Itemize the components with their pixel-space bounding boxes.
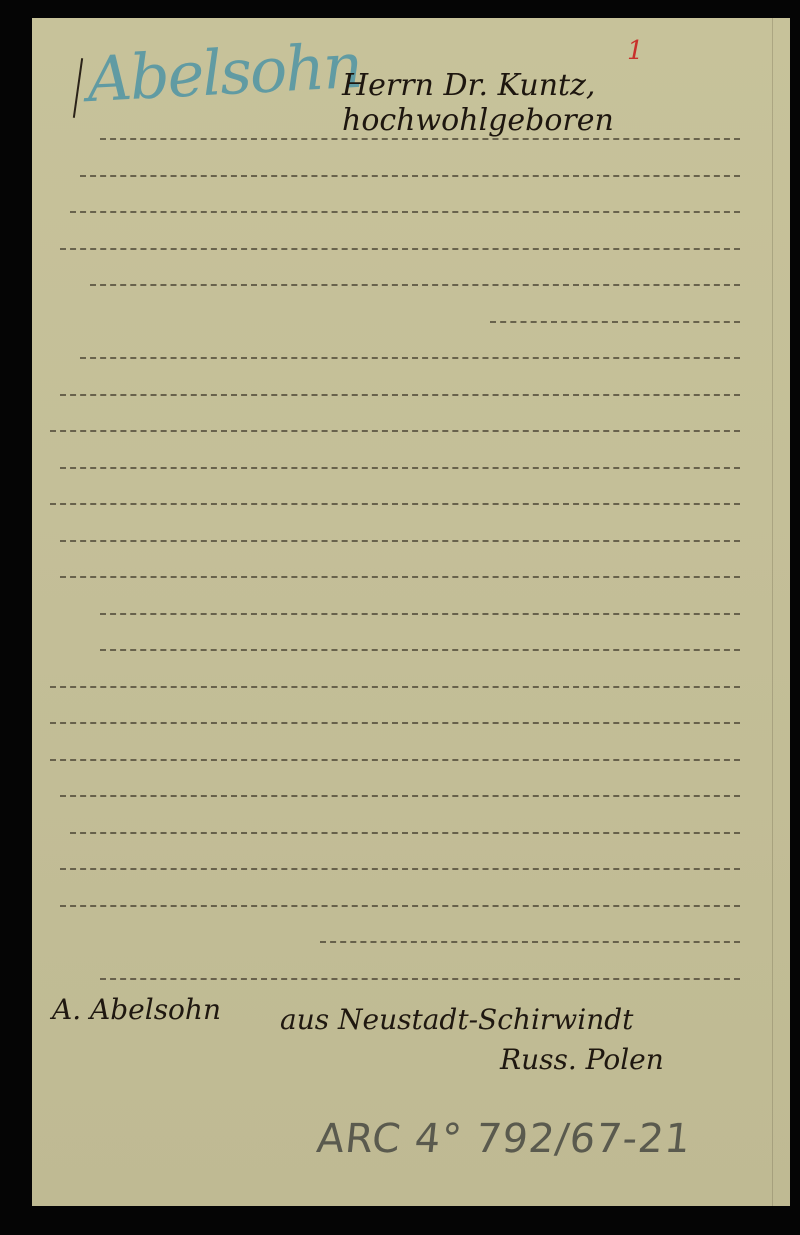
handwritten-line (80, 173, 740, 177)
handwritten-line (100, 976, 740, 980)
paper-fold (772, 18, 773, 1206)
handwritten-line (60, 866, 740, 870)
signature-place: aus Neustadt-Schirwindt (280, 1003, 633, 1036)
handwritten-line (80, 355, 740, 359)
handwritten-line (60, 392, 740, 396)
salutation: Herrn Dr. Kuntz, hochwohlgeboren (342, 68, 790, 138)
handwritten-line (100, 647, 740, 651)
handwritten-line (50, 720, 740, 724)
signature-region: Russ. Polen (500, 1043, 664, 1076)
handwritten-line (60, 574, 740, 578)
handwritten-line (490, 319, 740, 323)
handwritten-line (60, 465, 740, 469)
author-signature: A. Abelsohn (52, 993, 221, 1026)
handwritten-line (50, 757, 740, 761)
margin-bracket (73, 58, 83, 118)
handwritten-line (60, 246, 740, 250)
handwritten-line (60, 903, 740, 907)
red-page-number: 1 (627, 36, 644, 66)
blue-pencil-annotation: Abelsohn (85, 29, 362, 116)
handwritten-line (70, 830, 740, 834)
handwritten-line (60, 793, 740, 797)
archive-reference: ARC 4° 792/67-21 (315, 1116, 694, 1162)
handwritten-line (90, 282, 740, 286)
handwritten-line (50, 428, 740, 432)
handwritten-line (320, 939, 740, 943)
handwritten-line (100, 136, 740, 140)
handwritten-line (100, 611, 740, 615)
handwritten-line (70, 209, 740, 213)
letter-page: Abelsohn 1 Herrn Dr. Kuntz, hochwohlgebo… (32, 18, 790, 1206)
handwritten-line (60, 538, 740, 542)
handwritten-line (50, 501, 740, 505)
handwritten-line (50, 684, 740, 688)
